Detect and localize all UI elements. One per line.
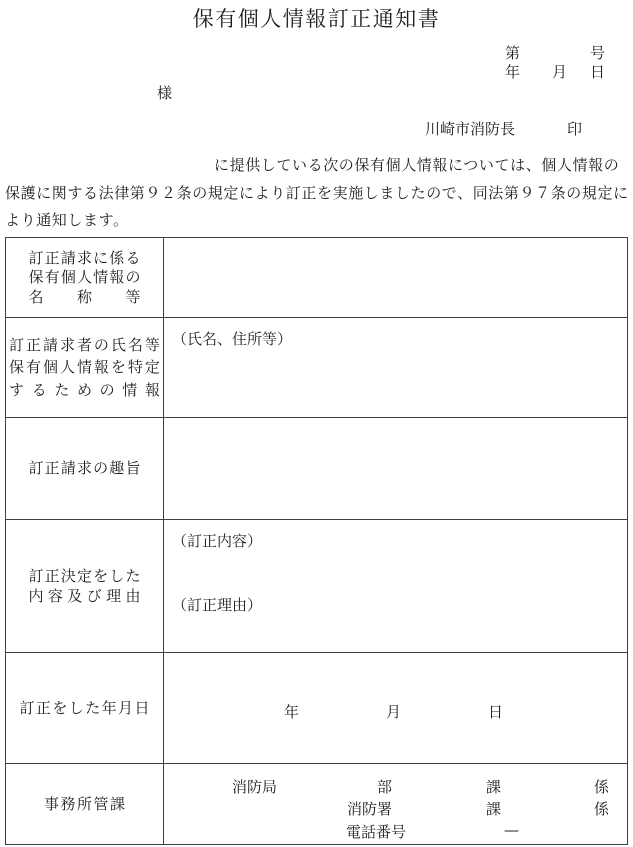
table-row-office-in-charge: 事務所管課 消防局 部 課 係 消防署 課 係 電話番号 — [6, 763, 627, 844]
month-label: 月 [386, 701, 401, 722]
department-label: 部 [377, 776, 392, 797]
doc-number-prefix: 第 [505, 42, 520, 63]
header-line: 内容及び理由 [29, 589, 141, 604]
header-line: 保有個人情報の [29, 270, 141, 285]
notice-table: 訂正請求に係る 保有個人情報の 名称等 訂正請求者の氏名等 保有個人情報を特定 … [5, 237, 628, 845]
table-row-decision-content-reason: 訂正決定をした 内容及び理由 （訂正内容） （訂正理由） [6, 519, 627, 652]
phone-number-label: 電話番号 [346, 821, 406, 842]
doc-number-suffix: 号 [590, 42, 605, 63]
header-line: 訂正請求に係る [29, 251, 141, 266]
sender-name: 川崎市消防長 [425, 118, 515, 139]
cell-note-correction-content: （訂正内容） [172, 530, 262, 551]
page-title: 保有個人情報訂正通知書 [0, 3, 633, 33]
header-line: 保有個人情報を特定 [9, 360, 160, 375]
phone-number-dash: — [504, 821, 519, 839]
cell-note-name-address: （氏名、住所等） [172, 328, 292, 349]
header-line: 訂正をした年月日 [20, 701, 150, 716]
cell-decision-content-reason: （訂正内容） （訂正理由） [164, 520, 627, 652]
row-header-requester-identity: 訂正請求者の氏名等 保有個人情報を特定 するための情報 [6, 318, 164, 417]
cell-office-in-charge: 消防局 部 課 係 消防署 課 係 電話番号 — [164, 764, 627, 844]
row-header-decision-content-reason: 訂正決定をした 内容及び理由 [6, 520, 164, 652]
body-line: に提供している次の保有個人情報については、個人情報の [5, 152, 629, 180]
cell-note-correction-reason: （訂正理由） [172, 594, 262, 615]
section-label: 課 [486, 776, 501, 797]
header-line: 事務所管課 [44, 797, 125, 812]
cell-request-purpose [164, 418, 627, 519]
body-paragraph: に提供している次の保有個人情報については、個人情報の 保護に関する法律第９２条の… [5, 152, 629, 235]
document-page: 保有個人情報訂正通知書 第 号 年 月 日 様 川崎市消防長 印 に提供している… [0, 0, 633, 847]
table-row-request-purpose: 訂正請求の趣旨 [6, 417, 627, 519]
header-line: 訂正決定をした [29, 569, 141, 584]
table-row-correction-date: 訂正をした年月日 年 月 日 [6, 652, 627, 763]
unit-label: 係 [594, 798, 609, 819]
cell-requester-identity: （氏名、住所等） [164, 318, 627, 417]
header-line: 名称等 [29, 290, 141, 305]
fire-station-label: 消防署 [347, 798, 392, 819]
cell-requested-info-name [164, 238, 627, 317]
seal-mark: 印 [567, 118, 582, 139]
header-line: 訂正請求の趣旨 [29, 461, 141, 476]
header-line: 訂正請求者の氏名等 [9, 338, 160, 353]
body-line: 保護に関する法律第９２条の規定により訂正を実施しましたので、同法第９７条の規定に [5, 180, 629, 208]
body-line: より通知します。 [5, 207, 629, 235]
row-header-correction-date: 訂正をした年月日 [6, 653, 164, 763]
year-label: 年 [284, 701, 299, 722]
section-label: 課 [486, 798, 501, 819]
fire-bureau-label: 消防局 [232, 776, 277, 797]
cell-correction-date: 年 月 日 [164, 653, 627, 763]
row-header-request-purpose: 訂正請求の趣旨 [6, 418, 164, 519]
row-header-requested-info-name: 訂正請求に係る 保有個人情報の 名称等 [6, 238, 164, 317]
row-header-office-in-charge: 事務所管課 [6, 764, 164, 844]
header-line: するための情報 [9, 383, 160, 398]
table-row-requested-info-name: 訂正請求に係る 保有個人情報の 名称等 [6, 238, 627, 317]
day-label: 日 [488, 701, 503, 722]
table-row-requester-identity: 訂正請求者の氏名等 保有個人情報を特定 するための情報 （氏名、住所等） [6, 317, 627, 417]
date-year-label: 年 [505, 61, 520, 82]
date-day-label: 日 [590, 61, 605, 82]
addressee-honorific: 様 [157, 82, 172, 103]
unit-label: 係 [594, 776, 609, 797]
date-month-label: 月 [552, 61, 567, 82]
